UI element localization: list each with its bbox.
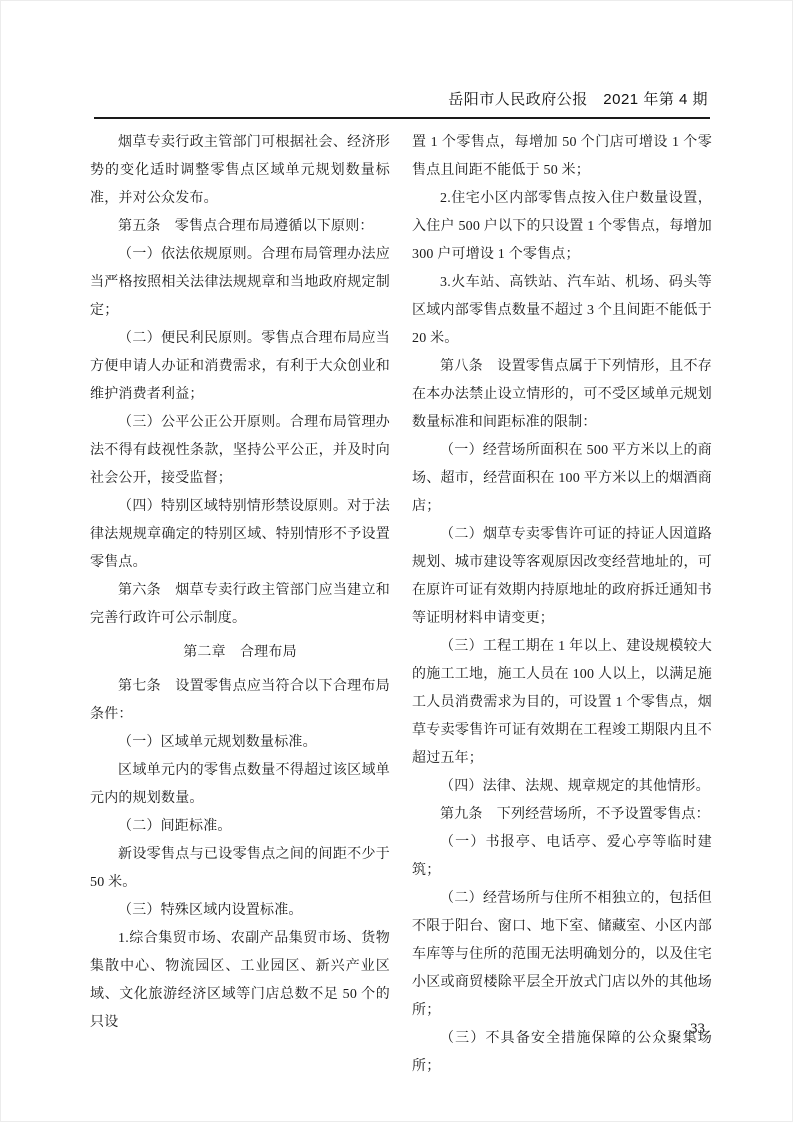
left-column: 烟草专卖行政主管部门可根据社会、经济形势的变化适时调整零售点区域单元规划数量标准… [90, 129, 390, 1081]
paragraph: 3.火车站、高铁站、汽车站、机场、码头等区域内部零售点数量不超过 3 个且间距不… [412, 269, 712, 353]
paragraph: （三）公平公正公开原则。合理布局管理办法不得有歧视性条款，坚持公平公正，并及时向… [90, 409, 390, 493]
paragraph: （四）特别区域特别情形禁设原则。对于法律法规规章确定的特别区域、特别情形不予设置… [90, 493, 390, 577]
paragraph: （二）便民利民原则。零售点合理布局应当方便申请人办证和消费需求，有利于大众创业和… [90, 325, 390, 409]
paragraph: （一）经营场所面积在 500 平方米以上的商场、超市，经营面积在 100 平方米… [412, 437, 712, 521]
paragraph: （三）特殊区域内设置标准。 [90, 897, 390, 925]
right-column: 置 1 个零售点，每增加 50 个门店可增设 1 个零售点且间距不能低于 50 … [412, 129, 712, 1081]
header-rule [94, 117, 710, 119]
content-columns: 烟草专卖行政主管部门可根据社会、经济形势的变化适时调整零售点区域单元规划数量标准… [90, 129, 712, 1081]
paragraph-article-6: 第六条 烟草专卖行政主管部门应当建立和完善行政许可公示制度。 [90, 577, 390, 633]
paragraph: 2.住宅小区内部零售点按入住户数量设置，入住户 500 户以下的只设置 1 个零… [412, 185, 712, 269]
paragraph-article-7: 第七条 设置零售点应当符合以下合理布局条件： [90, 673, 390, 729]
gazette-page: 岳阳市人民政府公报 2021 年第 4 期 烟草专卖行政主管部门可根据社会、经济… [0, 0, 793, 1122]
paragraph: （一）依法依规原则。合理布局管理办法应当严格按照相关法律法规规章和当地政府规定制… [90, 241, 390, 325]
paragraph: （三）工程工期在 1 年以上、建设规模较大的施工工地，施工人员在 100 人以上… [412, 633, 712, 773]
paragraph: （二）烟草专卖零售许可证的持证人因道路规划、城市建设等客观原因改变经营地址的，可… [412, 521, 712, 633]
paragraph-article-9: 第九条 下列经营场所，不予设置零售点： [412, 801, 712, 829]
page-number: 33 [690, 1021, 705, 1038]
paragraph: （一）区域单元规划数量标准。 [90, 729, 390, 757]
paragraph: 烟草专卖行政主管部门可根据社会、经济形势的变化适时调整零售点区域单元规划数量标准… [90, 129, 390, 213]
paragraph: （四）法律、法规、规章规定的其他情形。 [412, 773, 712, 801]
paragraph: （三）不具备安全措施保障的公众聚集场所； [412, 1025, 712, 1081]
paragraph: 1.综合集贸市场、农副产品集贸市场、货物集散中心、物流园区、工业园区、新兴产业区… [90, 925, 390, 1037]
chapter-heading: 第二章 合理布局 [90, 639, 390, 667]
paragraph-article-5: 第五条 零售点合理布局遵循以下原则： [90, 213, 390, 241]
paragraph-article-8: 第八条 设置零售点属于下列情形，且不存在本办法禁止设立情形的，可不受区域单元规划… [412, 353, 712, 437]
paragraph: 区域单元内的零售点数量不得超过该区域单元内的规划数量。 [90, 757, 390, 813]
paragraph: （二）经营场所与住所不相独立的，包括但不限于阳台、窗口、地下室、储藏室、小区内部… [412, 885, 712, 1025]
paragraph-continuation: 置 1 个零售点，每增加 50 个门店可增设 1 个零售点且间距不能低于 50 … [412, 129, 712, 185]
gazette-header-title: 岳阳市人民政府公报 2021 年第 4 期 [448, 88, 708, 109]
paragraph: （一）书报亭、电话亭、爱心亭等临时建筑； [412, 829, 712, 885]
paragraph: 新设零售点与已设零售点之间的间距不少于 50 米。 [90, 841, 390, 897]
paragraph: （二）间距标准。 [90, 813, 390, 841]
